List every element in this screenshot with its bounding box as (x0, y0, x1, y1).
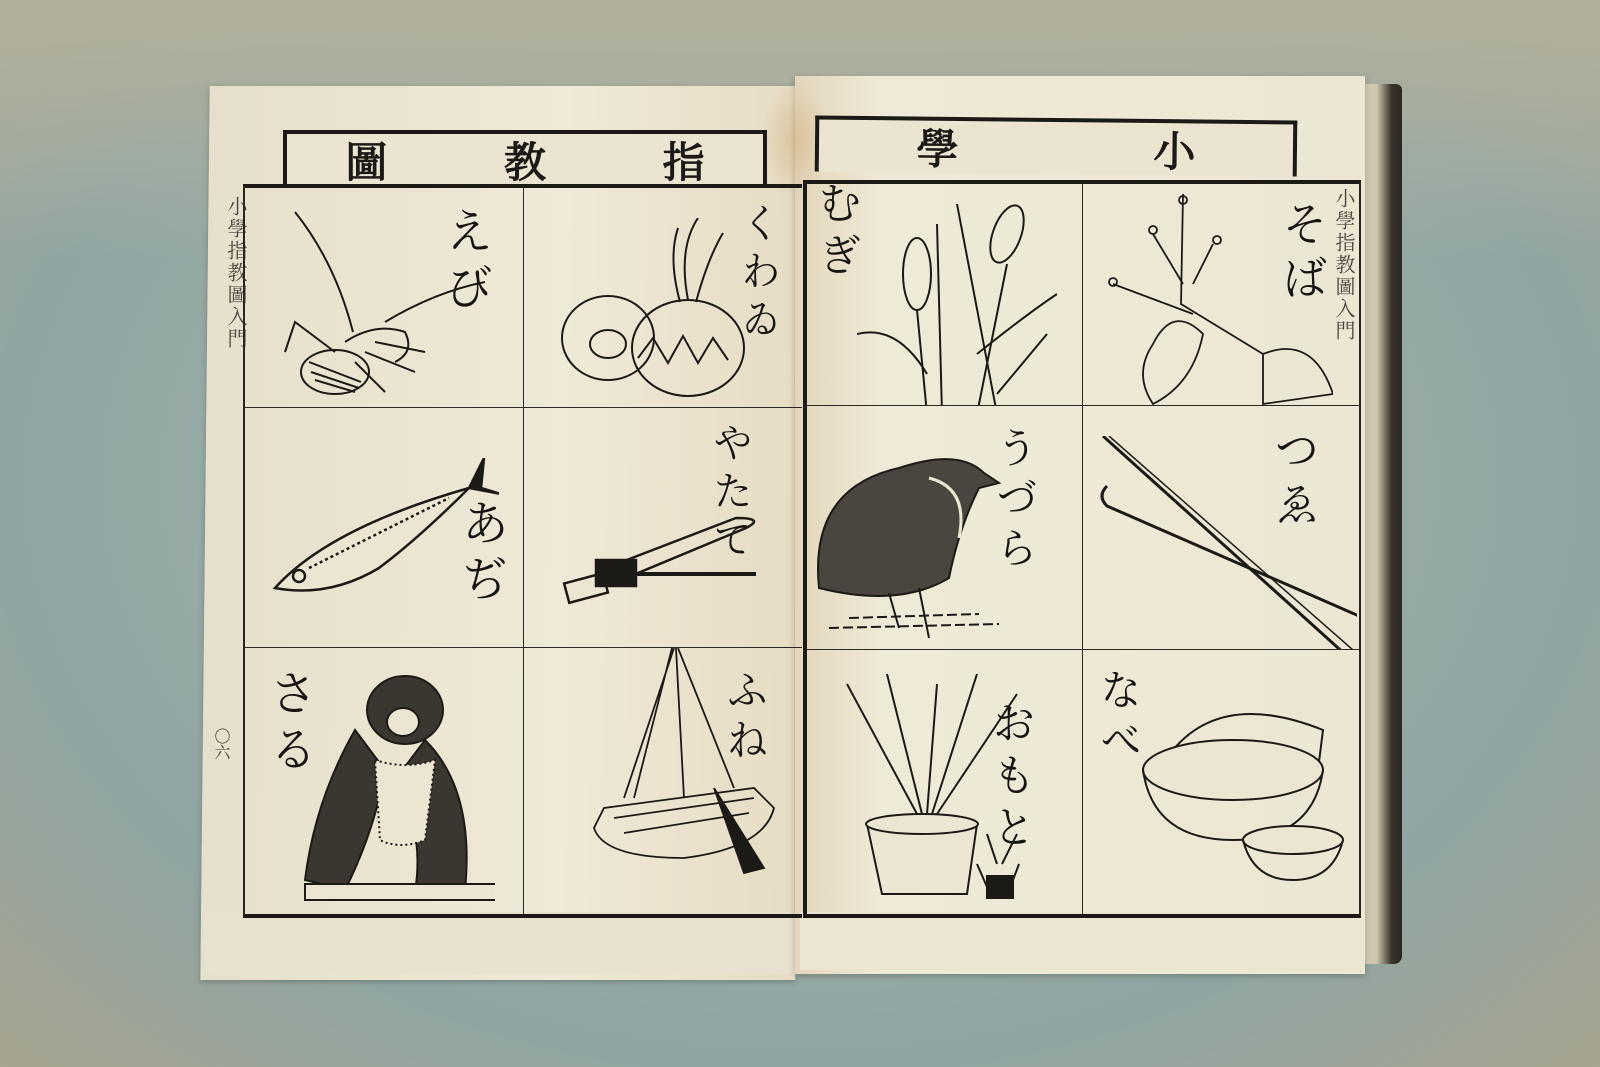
walking-stick-icon (1097, 436, 1357, 650)
quail-icon (809, 428, 1009, 648)
lobster-icon (265, 202, 485, 402)
left-title-box: 圖 教 指 (283, 130, 767, 186)
cell-tsue: つゑ (1083, 406, 1359, 650)
cell-soba: そば (1083, 184, 1359, 406)
wheat-icon (857, 194, 1057, 406)
cell-nabe: なべ (1083, 650, 1359, 914)
title-char: 小 (1153, 119, 1196, 179)
cell-fune: ふね (524, 648, 803, 914)
brush-case-icon (546, 508, 766, 628)
right-page-grid: むぎ そば (803, 180, 1361, 918)
cell-aji: あぢ (245, 408, 524, 648)
folio-number: 〇六 (210, 728, 233, 760)
cooking-pot-icon (1133, 690, 1353, 890)
monkey-icon (275, 670, 495, 910)
title-char: 學 (916, 117, 959, 177)
book-fore-edge (1360, 84, 1402, 964)
cell-uzura: うづら (807, 406, 1083, 650)
cell-ebi: えび (245, 188, 524, 408)
title-char: 教 (504, 130, 546, 190)
left-page-bottom-margin (204, 912, 802, 974)
cell-saru: さる (245, 648, 524, 914)
potted-plant-icon (827, 664, 1047, 904)
right-title-box: 學 小 (815, 115, 1298, 176)
left-page-grid: えび くわゐ (243, 184, 802, 918)
kana-label: むぎ (813, 184, 857, 284)
buckwheat-plant-icon (1093, 194, 1333, 406)
cell-omoto: おもと (807, 650, 1083, 914)
title-char: 圖 (345, 130, 387, 190)
arrowhead-bulb-icon (548, 218, 748, 398)
cell-kuwai: くわゐ (524, 188, 803, 408)
right-page-bottom-margin (800, 912, 1365, 970)
title-char: 指 (663, 130, 705, 190)
cell-yatate: やたて (524, 408, 803, 648)
cell-mugi: むぎ (807, 184, 1083, 406)
open-book: 圖 教 指 學 小 小學指教圖入門 小學指教圖入門 〇六 えび (0, 0, 1600, 1067)
boat-icon (564, 648, 784, 888)
fish-icon (269, 458, 499, 608)
